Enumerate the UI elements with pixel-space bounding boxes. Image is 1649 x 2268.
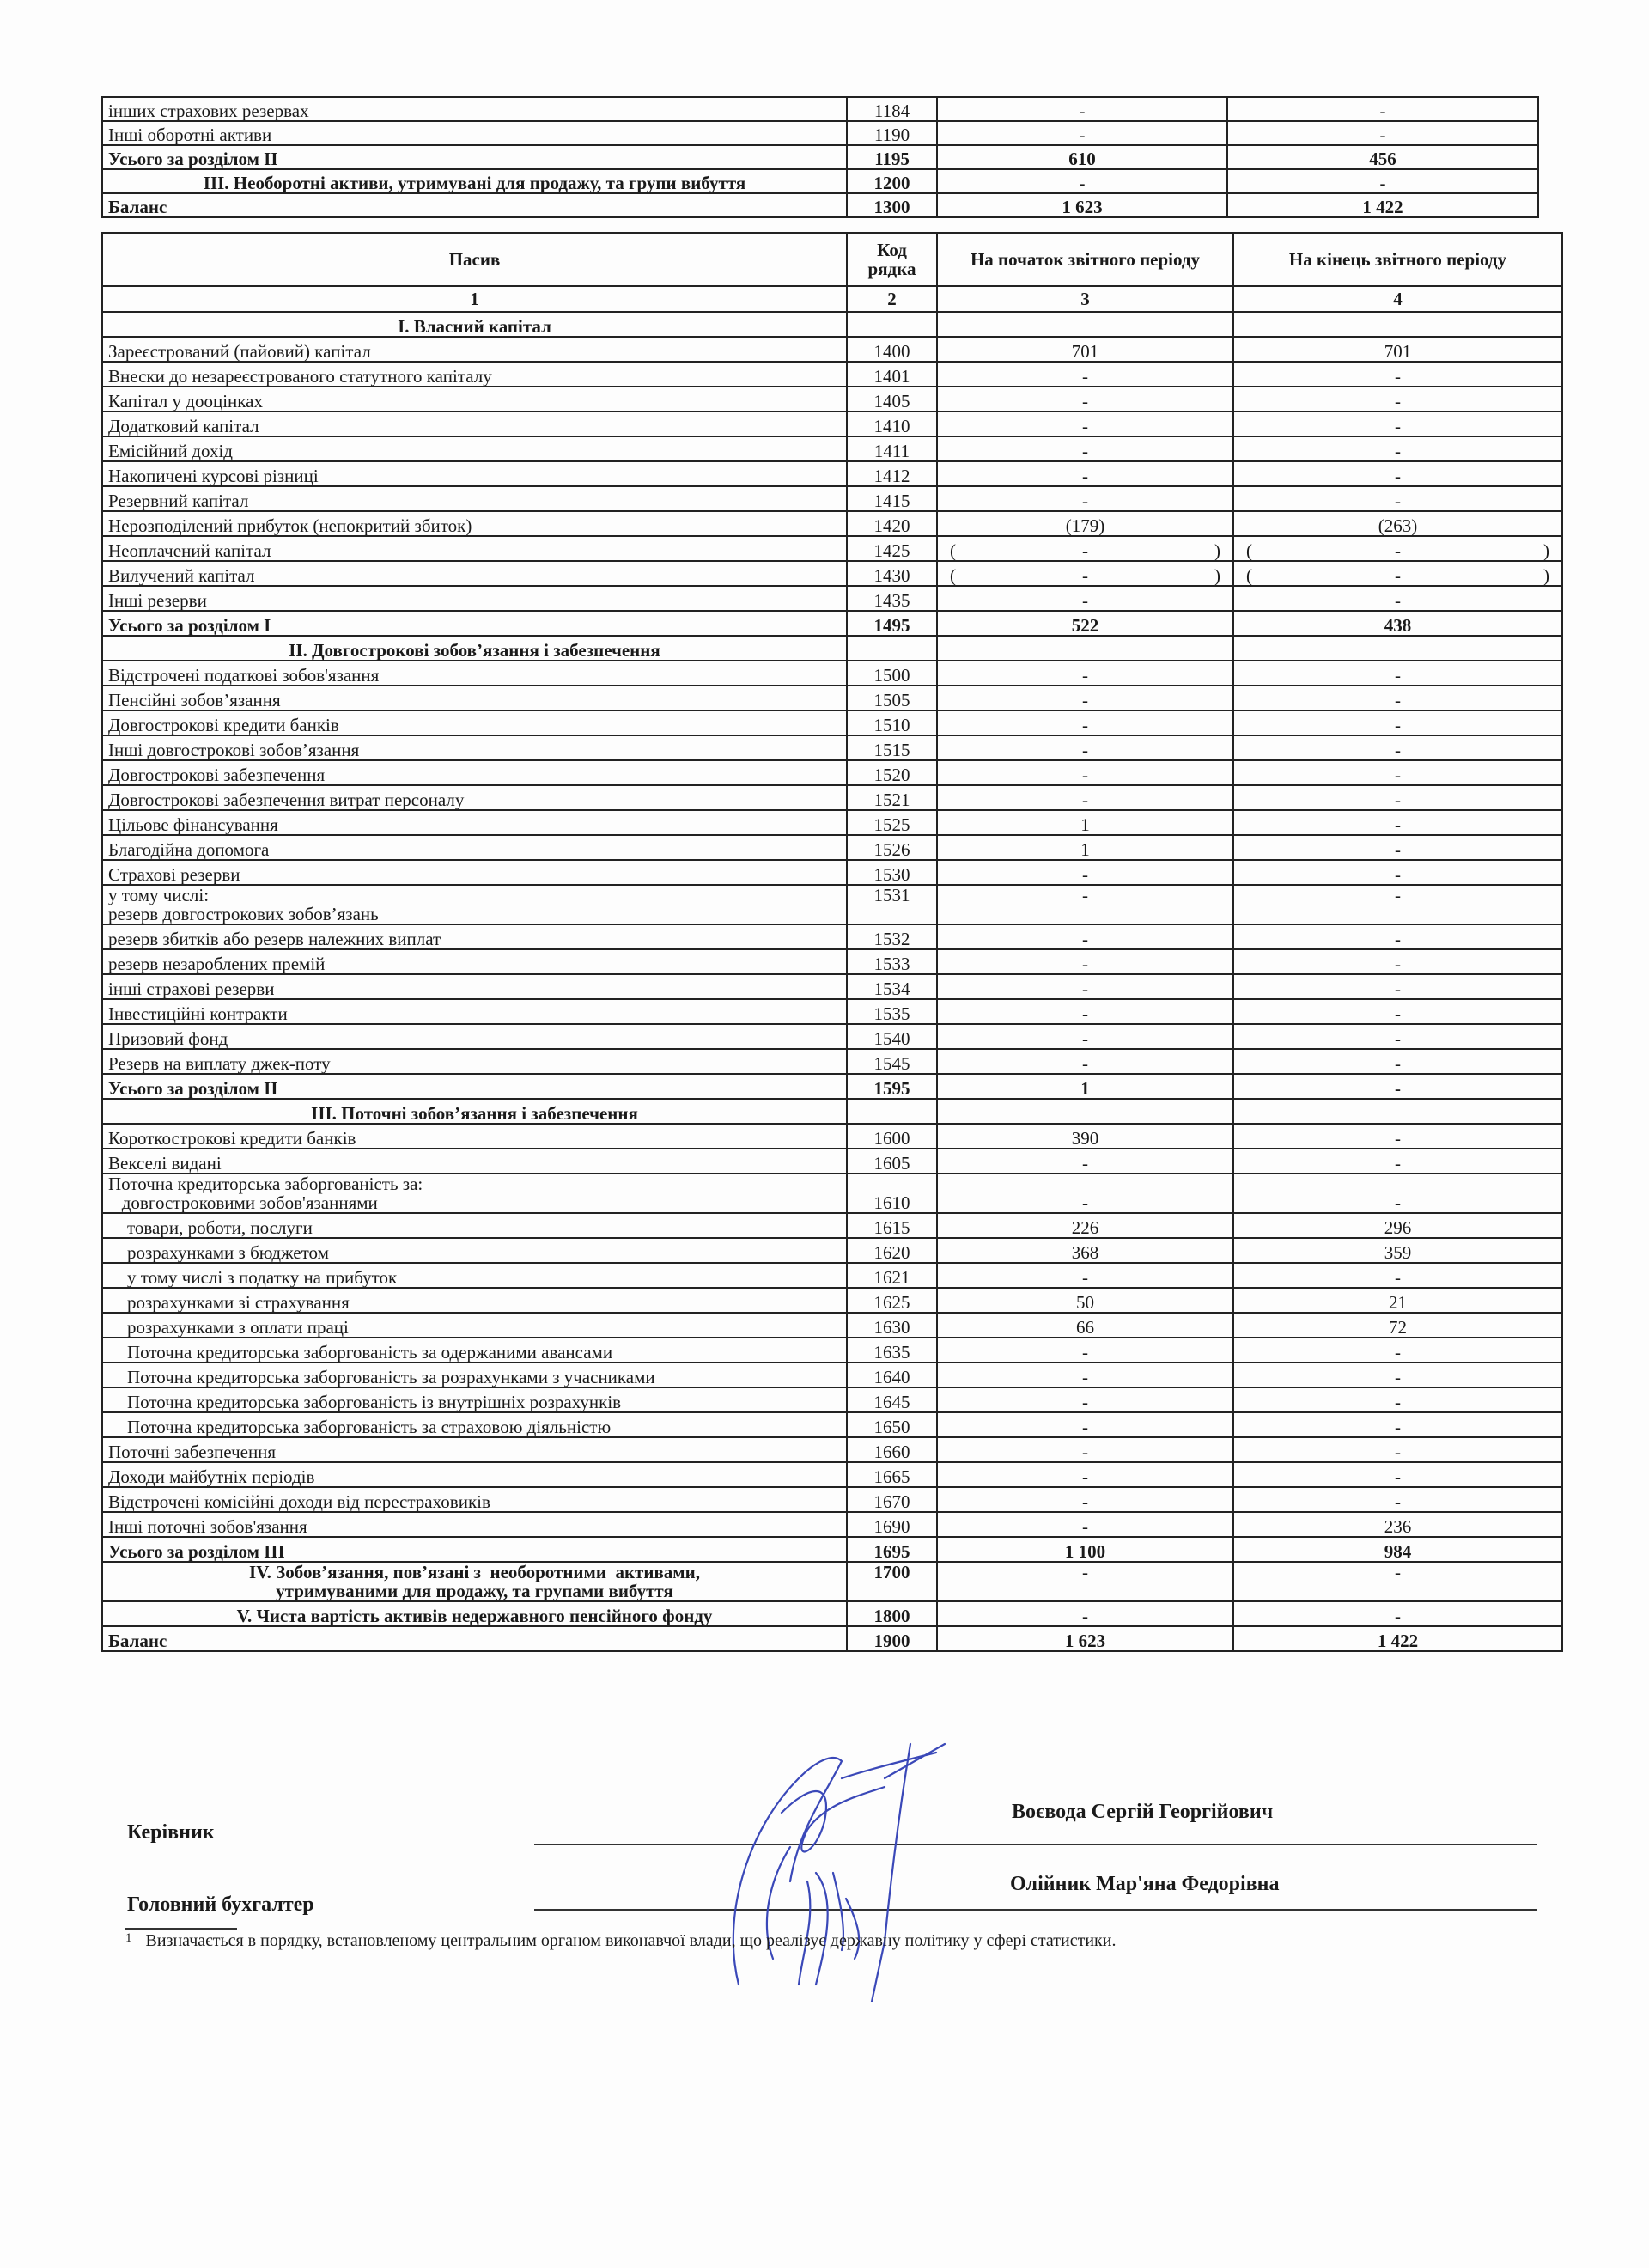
row-label: Капітал у дооцінках: [102, 387, 847, 412]
table-row: Поточна кредиторська заборгованість за: …: [102, 1174, 1562, 1213]
value-end: 236: [1233, 1512, 1562, 1537]
row-label: Довгострокові забезпечення витрат персон…: [102, 785, 847, 810]
value-start: 1: [937, 1074, 1233, 1099]
parenthesis: ): [1214, 541, 1220, 560]
table-row: Поточна кредиторська заборгованість за с…: [102, 1412, 1562, 1437]
row-code: 1520: [847, 760, 937, 785]
table-row: Неоплачений капітал1425(-)(-): [102, 536, 1562, 561]
row-code: 1412: [847, 461, 937, 486]
row-code: 1700: [847, 1562, 937, 1601]
row-label: Поточна кредиторська заборгованість за с…: [102, 1412, 847, 1437]
table-row: Довгострокові забезпечення витрат персон…: [102, 785, 1562, 810]
value-start: 226: [937, 1213, 1233, 1238]
table-row: резерв збитків або резерв належних випла…: [102, 924, 1562, 949]
value-end: -: [1233, 1387, 1562, 1412]
table-row: резерв незароблених премій1533--: [102, 949, 1562, 974]
value-start: [937, 1099, 1233, 1124]
parenthesis: ): [1543, 541, 1549, 560]
row-code: 1531: [847, 885, 937, 924]
table-row: Короткострокові кредити банків1600390-: [102, 1124, 1562, 1149]
row-code: 1430: [847, 561, 937, 586]
row-code: 1630: [847, 1313, 937, 1338]
value-end: -: [1233, 1363, 1562, 1387]
table-row: Вилучений капітал1430(-)(-): [102, 561, 1562, 586]
row-label: I. Власний капітал: [102, 312, 847, 337]
row-label: Вилучений капітал: [102, 561, 847, 586]
parenthesis: (: [1246, 566, 1252, 585]
value-end: 72: [1233, 1313, 1562, 1338]
row-code: [847, 1099, 937, 1124]
row-code: 1665: [847, 1462, 937, 1487]
table-row: інші страхові резерви1534--: [102, 974, 1562, 999]
value-start: -: [937, 1149, 1233, 1174]
row-label: інші страхові резерви: [102, 974, 847, 999]
row-code: 1195: [847, 145, 937, 169]
row-code: 1545: [847, 1049, 937, 1074]
row-label: III. Поточні зобов’язання і забезпечення: [102, 1099, 847, 1124]
header-col-start: На початок звітного періоду: [937, 233, 1233, 286]
liabilities-table: Пасив Код рядка На початок звітного пері…: [101, 232, 1563, 1652]
parenthesis: (: [1246, 541, 1252, 560]
table-row: розрахунками з бюджетом1620368359: [102, 1238, 1562, 1263]
assets-tail-table: інших страхових резервах1184--Інші оборо…: [101, 96, 1539, 218]
table-row: Емісійний дохід1411--: [102, 436, 1562, 461]
value-end: -: [1233, 1149, 1562, 1174]
row-label: Короткострокові кредити банків: [102, 1124, 847, 1149]
footnote-text: Визначається в порядку, встановленому це…: [146, 1931, 1117, 1950]
value-end: 359: [1233, 1238, 1562, 1263]
value-start: -: [937, 362, 1233, 387]
table-row: Пенсійні зобов’язання1505--: [102, 686, 1562, 710]
value-start: 610: [937, 145, 1227, 169]
value-start: -: [937, 1437, 1233, 1462]
row-label: Резервний капітал: [102, 486, 847, 511]
section-header-row: V. Чиста вартість активів недержавного п…: [102, 1601, 1562, 1626]
row-label: Інші резерви: [102, 586, 847, 611]
row-label: Усього за розділом II: [102, 1074, 847, 1099]
row-label: Пенсійні зобов’язання: [102, 686, 847, 710]
row-code: 1510: [847, 710, 937, 735]
row-label: Усього за розділом II: [102, 145, 847, 169]
value-end: -: [1227, 97, 1538, 121]
value-end: 456: [1227, 145, 1538, 169]
row-code: 1534: [847, 974, 937, 999]
table-row: Поточна кредиторська заборгованість за о…: [102, 1338, 1562, 1363]
row-label: Резерв на виплату джек-поту: [102, 1049, 847, 1074]
value-start: -: [937, 1174, 1233, 1213]
col-number-2: 2: [847, 286, 937, 312]
value: -: [1395, 566, 1401, 585]
value-end: -: [1233, 785, 1562, 810]
value-start: -: [937, 412, 1233, 436]
section-header-row: II. Довгострокові зобов’язання і забезпе…: [102, 636, 1562, 661]
value-end: -: [1233, 735, 1562, 760]
value-start: 50: [937, 1288, 1233, 1313]
row-label: Додатковий капітал: [102, 412, 847, 436]
table-row: у тому числі: резерв довгострокових зобо…: [102, 885, 1562, 924]
value-start: -: [937, 735, 1233, 760]
row-code: [847, 312, 937, 337]
value-start: -: [937, 1462, 1233, 1487]
value-end: -: [1233, 686, 1562, 710]
table-row: Резерв на виплату джек-поту1545--: [102, 1049, 1562, 1074]
table-row: Довгострокові кредити банків1510--: [102, 710, 1562, 735]
row-label: Поточна кредиторська заборгованість за р…: [102, 1363, 847, 1387]
liabilities-header-row: Пасив Код рядка На початок звітного пері…: [102, 233, 1562, 286]
col-number-3: 3: [937, 286, 1233, 312]
row-label: Цільове фінансування: [102, 810, 847, 835]
chief-accountant-name: Олійник Мар'яна Федорівна: [1010, 1873, 1280, 1896]
value-end: -: [1233, 710, 1562, 735]
row-code: 1660: [847, 1437, 937, 1462]
table-row: Інші оборотні активи1190--: [102, 121, 1538, 145]
value-start: -: [937, 999, 1233, 1024]
table-row: товари, роботи, послуги1615226296: [102, 1213, 1562, 1238]
value-start: -: [937, 97, 1227, 121]
row-label: Призовий фонд: [102, 1024, 847, 1049]
value-start: -: [937, 710, 1233, 735]
value-start: (-): [937, 561, 1233, 586]
value-start: -: [937, 661, 1233, 686]
table-row: Відстрочені комісійні доходи від перестр…: [102, 1487, 1562, 1512]
value-end: -: [1233, 1024, 1562, 1049]
row-code: 1300: [847, 193, 937, 217]
value-start: -: [937, 785, 1233, 810]
table-row: Усього за розділом I1495522438: [102, 611, 1562, 636]
value-end: 701: [1233, 337, 1562, 362]
section-header-row: III. Необоротні активи, утримувані для п…: [102, 169, 1538, 193]
value-end: -: [1233, 1487, 1562, 1512]
table-row: Внески до незареєстрованого статутного к…: [102, 362, 1562, 387]
value-end: -: [1233, 1263, 1562, 1288]
value-start: -: [937, 1263, 1233, 1288]
row-label: товари, роботи, послуги: [102, 1213, 847, 1238]
row-label: Страхові резерви: [102, 860, 847, 885]
value-start: 390: [937, 1124, 1233, 1149]
table-row: розрахунками зі страхування16255021: [102, 1288, 1562, 1313]
table-row: Капітал у дооцінках1405--: [102, 387, 1562, 412]
table-row: розрахунками з оплати праці16306672: [102, 1313, 1562, 1338]
value-start: -: [937, 1363, 1233, 1387]
row-label: V. Чиста вартість активів недержавного п…: [102, 1601, 847, 1626]
value-start: -: [937, 1049, 1233, 1074]
row-code: 1526: [847, 835, 937, 860]
row-code: 1410: [847, 412, 937, 436]
manager-label: Керівник: [127, 1821, 215, 1844]
value-start: -: [937, 1024, 1233, 1049]
row-code: 1595: [847, 1074, 937, 1099]
row-label: Внески до незареєстрованого статутного к…: [102, 362, 847, 387]
row-label: Благодійна допомога: [102, 835, 847, 860]
value-end: -: [1233, 461, 1562, 486]
row-label: розрахунками з бюджетом: [102, 1238, 847, 1263]
row-label: інших страхових резервах: [102, 97, 847, 121]
value-end: -: [1233, 661, 1562, 686]
row-code: 1640: [847, 1363, 937, 1387]
value-end: -: [1233, 1174, 1562, 1213]
value-start: -: [937, 461, 1233, 486]
manager-name: Воєвода Сергій Георгійович: [1012, 1801, 1273, 1824]
value-start: -: [937, 924, 1233, 949]
value-start: 1: [937, 835, 1233, 860]
value-start: -: [937, 885, 1233, 924]
value-start: -: [937, 949, 1233, 974]
row-code: 1533: [847, 949, 937, 974]
value-end: 21: [1233, 1288, 1562, 1313]
footnote: 1Визначається в порядку, встановленому ц…: [125, 1931, 1116, 1951]
value-end: (-): [1233, 536, 1562, 561]
table-row: Усього за розділом II15951-: [102, 1074, 1562, 1099]
table-row: у тому числі з податку на прибуток1621--: [102, 1263, 1562, 1288]
value-end: -: [1233, 436, 1562, 461]
row-code: 1415: [847, 486, 937, 511]
value-end: -: [1233, 924, 1562, 949]
value-start: 368: [937, 1238, 1233, 1263]
table-row: Інші довгострокові зобов’язання1515--: [102, 735, 1562, 760]
row-label: Поточна кредиторська заборгованість за: …: [102, 1174, 847, 1213]
row-label: у тому числі: резерв довгострокових зобо…: [102, 885, 847, 924]
value-end: -: [1233, 1412, 1562, 1437]
parenthesis: ): [1214, 566, 1220, 585]
value-end: -: [1233, 1124, 1562, 1149]
table-row: Інші резерви1435--: [102, 586, 1562, 611]
row-code: 1600: [847, 1124, 937, 1149]
row-label: Усього за розділом I: [102, 611, 847, 636]
row-label: Баланс: [102, 1626, 847, 1651]
row-code: 1500: [847, 661, 937, 686]
row-code: 1650: [847, 1412, 937, 1437]
value-start: -: [937, 586, 1233, 611]
row-code: 1625: [847, 1288, 937, 1313]
chief-accountant-signature-line: [534, 1909, 1537, 1911]
value-start: 1 623: [937, 193, 1227, 217]
table-row: Благодійна допомога15261-: [102, 835, 1562, 860]
value-start: -: [937, 436, 1233, 461]
value-start: (179): [937, 511, 1233, 536]
parenthesis: (: [950, 566, 956, 585]
row-label: резерв незароблених премій: [102, 949, 847, 974]
value-end: 296: [1233, 1213, 1562, 1238]
table-row: Доходи майбутніх періодів1665--: [102, 1462, 1562, 1487]
parenthesis: (: [950, 541, 956, 560]
liabilities-numbering-row: 1 2 3 4: [102, 286, 1562, 312]
value: -: [1082, 541, 1088, 560]
value-end: -: [1233, 1462, 1562, 1487]
value-start: -: [937, 1601, 1233, 1626]
row-code: 1420: [847, 511, 937, 536]
row-label: розрахунками зі страхування: [102, 1288, 847, 1313]
row-label: Векселі видані: [102, 1149, 847, 1174]
table-row: інших страхових резервах1184--: [102, 97, 1538, 121]
table-row: Призовий фонд1540--: [102, 1024, 1562, 1049]
row-label: Інші довгострокові зобов’язання: [102, 735, 847, 760]
value-end: -: [1233, 760, 1562, 785]
value-start: 701: [937, 337, 1233, 362]
table-row: Поточні забезпечення1660--: [102, 1437, 1562, 1462]
value-start: -: [937, 686, 1233, 710]
value-start: -: [937, 974, 1233, 999]
row-label: Довгострокові забезпечення: [102, 760, 847, 785]
value-end: -: [1233, 362, 1562, 387]
value-end: (-): [1233, 561, 1562, 586]
row-label: резерв збитків або резерв належних випла…: [102, 924, 847, 949]
row-label: Відстрочені податкові зобов'язання: [102, 661, 847, 686]
value-end: -: [1233, 810, 1562, 835]
value-end: 438: [1233, 611, 1562, 636]
footnote-marker: 1: [125, 1931, 132, 1945]
row-code: 1621: [847, 1263, 937, 1288]
value-end: -: [1233, 860, 1562, 885]
footnote-rule: [125, 1928, 237, 1930]
value-start: -: [937, 1562, 1233, 1601]
value-end: -: [1233, 1049, 1562, 1074]
table-row: Баланс13001 6231 422: [102, 193, 1538, 217]
table-row: Баланс19001 6231 422: [102, 1626, 1562, 1651]
value-start: -: [937, 1387, 1233, 1412]
row-label: Усього за розділом III: [102, 1537, 847, 1562]
row-label: II. Довгострокові зобов’язання і забезпе…: [102, 636, 847, 661]
value-start: -: [937, 1412, 1233, 1437]
row-code: 1610: [847, 1174, 937, 1213]
table-row: Додатковий капітал1410--: [102, 412, 1562, 436]
value-start: [937, 636, 1233, 661]
row-code: 1605: [847, 1149, 937, 1174]
row-code: 1540: [847, 1024, 937, 1049]
value-end: -: [1233, 949, 1562, 974]
value-start: -: [937, 1487, 1233, 1512]
section-header-row: IV. Зобов’язання, пов’язані з необоротни…: [102, 1562, 1562, 1601]
value-end: 1 422: [1233, 1626, 1562, 1651]
row-code: 1532: [847, 924, 937, 949]
header-col-code: Код рядка: [847, 233, 937, 286]
value-end: -: [1233, 387, 1562, 412]
value-start: -: [937, 387, 1233, 412]
table-row: Зареєстрований (пайовий) капітал14007017…: [102, 337, 1562, 362]
row-label: розрахунками з оплати праці: [102, 1313, 847, 1338]
value-end: (263): [1233, 511, 1562, 536]
value-end: -: [1233, 885, 1562, 924]
row-label: Нерозподілений прибуток (непокритий збит…: [102, 511, 847, 536]
table-row: Векселі видані1605--: [102, 1149, 1562, 1174]
value: -: [1395, 541, 1401, 560]
value-end: -: [1233, 1338, 1562, 1363]
table-row: Довгострокові забезпечення1520--: [102, 760, 1562, 785]
table-row: Цільове фінансування15251-: [102, 810, 1562, 835]
value-start: -: [937, 1512, 1233, 1537]
header-col-liabilities: Пасив: [102, 233, 847, 286]
table-row: Поточна кредиторська заборгованість із в…: [102, 1387, 1562, 1412]
value-end: -: [1233, 974, 1562, 999]
value: -: [1082, 566, 1088, 585]
row-code: 1425: [847, 536, 937, 561]
value-start: 66: [937, 1313, 1233, 1338]
table-row: Інвестиційні контракти1535--: [102, 999, 1562, 1024]
value-end: -: [1233, 486, 1562, 511]
header-col-end: На кінець звітного періоду: [1233, 233, 1562, 286]
row-code: 1530: [847, 860, 937, 885]
table-row: Усього за розділом III16951 100984: [102, 1537, 1562, 1562]
row-code: 1400: [847, 337, 937, 362]
row-code: 1200: [847, 169, 937, 193]
row-code: [847, 636, 937, 661]
handwritten-signature-icon: [687, 1727, 1048, 2002]
table-row: Накопичені курсові різниці1412--: [102, 461, 1562, 486]
row-code: 1800: [847, 1601, 937, 1626]
value-start: -: [937, 760, 1233, 785]
row-code: 1495: [847, 611, 937, 636]
row-label: Зареєстрований (пайовий) капітал: [102, 337, 847, 362]
row-code: 1670: [847, 1487, 937, 1512]
row-label: Інші поточні зобов'язання: [102, 1512, 847, 1537]
row-code: 1615: [847, 1213, 937, 1238]
row-label: Інвестиційні контракти: [102, 999, 847, 1024]
parenthesis: ): [1543, 566, 1549, 585]
value-end: -: [1233, 412, 1562, 436]
row-code: 1645: [847, 1387, 937, 1412]
row-code: 1435: [847, 586, 937, 611]
value-end: 984: [1233, 1537, 1562, 1562]
value-start: -: [937, 1338, 1233, 1363]
row-label: Інші оборотні активи: [102, 121, 847, 145]
row-code: 1620: [847, 1238, 937, 1263]
value-start: 522: [937, 611, 1233, 636]
value-end: -: [1233, 999, 1562, 1024]
row-code: 1521: [847, 785, 937, 810]
row-label: Поточні забезпечення: [102, 1437, 847, 1462]
value-end: -: [1227, 121, 1538, 145]
row-code: 1401: [847, 362, 937, 387]
table-row: Відстрочені податкові зобов'язання1500--: [102, 661, 1562, 686]
chief-accountant-label: Головний бухгалтер: [127, 1893, 314, 1917]
row-label: у тому числі з податку на прибуток: [102, 1263, 847, 1288]
table-row: Інші поточні зобов'язання1690-236: [102, 1512, 1562, 1537]
col-number-4: 4: [1233, 286, 1562, 312]
row-label: Неоплачений капітал: [102, 536, 847, 561]
row-code: 1900: [847, 1626, 937, 1651]
row-code: 1405: [847, 387, 937, 412]
row-label: Відстрочені комісійні доходи від перестр…: [102, 1487, 847, 1512]
value-end: -: [1233, 835, 1562, 860]
value-start: -: [937, 121, 1227, 145]
row-label: III. Необоротні активи, утримувані для п…: [102, 169, 847, 193]
row-code: 1535: [847, 999, 937, 1024]
value-start: 1 100: [937, 1537, 1233, 1562]
value-end: -: [1233, 1437, 1562, 1462]
value-start: -: [937, 486, 1233, 511]
row-code: 1695: [847, 1537, 937, 1562]
row-code: 1515: [847, 735, 937, 760]
value-end: -: [1233, 1601, 1562, 1626]
table-row: Страхові резерви1530--: [102, 860, 1562, 885]
row-code: 1411: [847, 436, 937, 461]
value-start: 1 623: [937, 1626, 1233, 1651]
row-label: Баланс: [102, 193, 847, 217]
value-end: -: [1233, 1074, 1562, 1099]
table-row: Резервний капітал1415--: [102, 486, 1562, 511]
row-label: Поточна кредиторська заборгованість із в…: [102, 1387, 847, 1412]
row-label: Довгострокові кредити банків: [102, 710, 847, 735]
value-end: -: [1233, 586, 1562, 611]
row-label: Емісійний дохід: [102, 436, 847, 461]
row-code: 1184: [847, 97, 937, 121]
table-row: Поточна кредиторська заборгованість за р…: [102, 1363, 1562, 1387]
value-end: [1233, 1099, 1562, 1124]
value-start: (-): [937, 536, 1233, 561]
row-label: Поточна кредиторська заборгованість за о…: [102, 1338, 847, 1363]
row-code: 1505: [847, 686, 937, 710]
value-start: -: [937, 860, 1233, 885]
row-code: 1690: [847, 1512, 937, 1537]
